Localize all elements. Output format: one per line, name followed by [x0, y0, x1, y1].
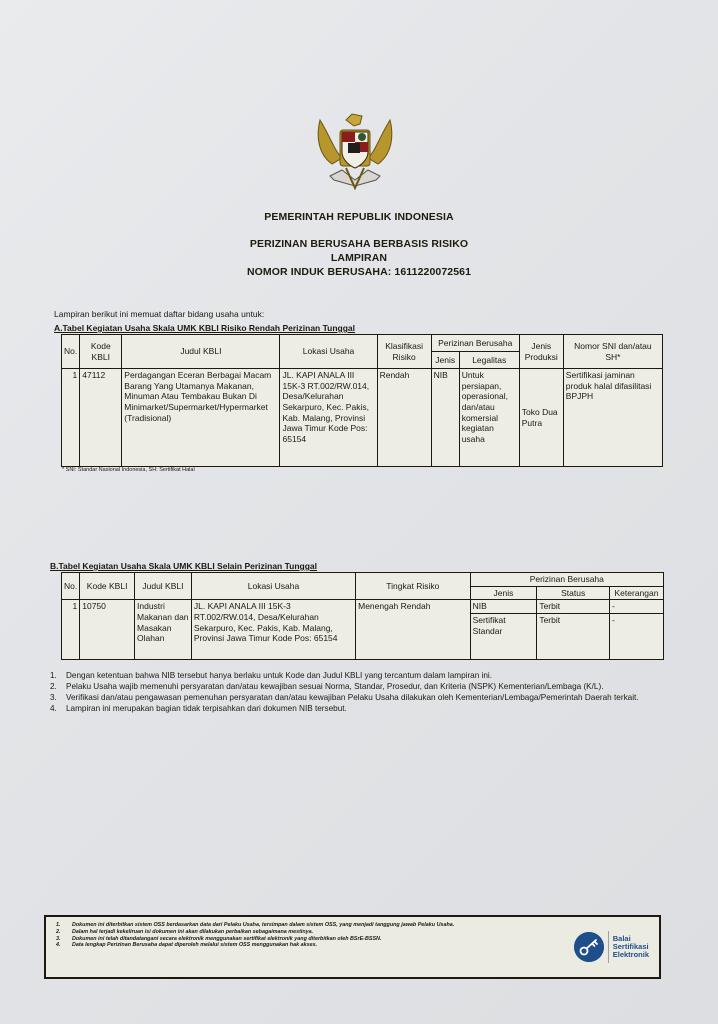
note-number: 2.	[50, 682, 66, 692]
bse-word: Elektronik	[613, 951, 649, 959]
note-item: 4.Lampiran ini merupakan bagian tidak te…	[50, 704, 668, 714]
col-header-judul: Judul KBLI	[135, 573, 192, 600]
garuda-emblem-icon	[312, 106, 398, 196]
cell-no: 1	[62, 369, 80, 467]
footer-text: Dokumen ini diterbitkan sistem OSS berda…	[72, 922, 454, 929]
col-header-risiko: Tingkat Risiko	[356, 573, 470, 600]
col-header-kode: Kode KBLI	[80, 335, 122, 369]
footer-number: 1.	[56, 922, 72, 929]
note-text: Verifikasi dan/atau pengawasan pemenuhan…	[66, 693, 668, 703]
cell-izin-keterangan: -	[609, 600, 663, 614]
footer-text: Dokumen ini telah ditandatangani secara …	[72, 936, 381, 943]
table-b: No. Kode KBLI Judul KBLI Lokasi Usaha Ti…	[61, 572, 664, 660]
cell-izin-jenis: NIB	[470, 600, 537, 614]
col-header-legalitas: Legalitas	[459, 352, 519, 369]
cell-produksi: Toko Dua Putra	[519, 369, 563, 467]
note-item: 2.Pelaku Usaha wajib memenuhi persyarata…	[50, 682, 668, 692]
col-header-lokasi: Lokasi Usaha	[280, 335, 377, 369]
col-header-lokasi: Lokasi Usaha	[191, 573, 355, 600]
table-a: No. Kode KBLI Judul KBLI Lokasi Usaha Kl…	[61, 334, 663, 467]
table-a-footnote: * SNI: Standar Nasional Indonesia, SH: S…	[62, 467, 195, 473]
footer-item: 3.Dokumen ini telah ditandatangani secar…	[56, 936, 551, 943]
divider	[608, 931, 609, 963]
cell-judul: Industri Makanan dan Masakan Olahan	[135, 600, 192, 660]
note-item: 3.Verifikasi dan/atau pengawasan pemenuh…	[50, 693, 668, 703]
bse-key-icon	[574, 932, 604, 962]
footer-list: 1.Dokumen ini diterbitkan sistem OSS ber…	[46, 917, 551, 949]
col-header-klasifikasi: Klasifikasi Risiko	[377, 335, 431, 369]
cell-no: 1	[62, 600, 80, 660]
col-header-produksi: Jenis Produksi	[519, 335, 563, 369]
cell-risiko: Menengah Rendah	[356, 600, 470, 660]
footer-item: 1.Dokumen ini diterbitkan sistem OSS ber…	[56, 922, 551, 929]
note-text: Lampiran ini merupakan bagian tidak terp…	[66, 704, 668, 714]
footer-item: 4.Data lengkap Perizinan Berusaha dapat …	[56, 942, 551, 949]
footer-number: 2.	[56, 929, 72, 936]
table-row: 1 47112 Perdagangan Eceran Berbagai Maca…	[62, 369, 663, 467]
table-b-title: B.Tabel Kegiatan Usaha Skala UMK KBLI Se…	[50, 561, 317, 571]
col-header-perizinan: Perizinan Berusaha	[470, 573, 663, 587]
col-header-perizinan: Perizinan Berusaha	[431, 335, 519, 352]
col-header-keterangan: Keterangan	[609, 586, 663, 600]
col-header-status: Status	[537, 586, 610, 600]
footer-text: Dalam hal terjadi kekeliruan isi dokumen…	[72, 929, 313, 936]
col-header-jenis: Jenis	[470, 586, 537, 600]
cell-izin-status: Terbit	[537, 600, 610, 614]
note-text: Pelaku Usaha wajib memenuhi persyaratan …	[66, 682, 668, 692]
cell-lokasi: JL. KAPI ANALA III 15K-3 RT.002/RW.014, …	[280, 369, 377, 467]
cell-jenis: NIB	[431, 369, 459, 467]
header-permit-type: PERIZINAN BERUSAHA BERBASIS RISIKO	[0, 238, 718, 250]
note-item: 1.Dengan ketentuan bahwa NIB tersebut ha…	[50, 671, 668, 681]
cell-judul: Perdagangan Eceran Berbagai Macam Barang…	[122, 369, 280, 467]
note-number: 1.	[50, 671, 66, 681]
footer-disclaimer-box: 1.Dokumen ini diterbitkan sistem OSS ber…	[44, 915, 661, 979]
header-nib-number: NOMOR INDUK BERUSAHA: 1611220072561	[0, 266, 718, 278]
cell-kode: 10750	[80, 600, 135, 660]
col-header-kode: Kode KBLI	[80, 573, 135, 600]
cell-sni: Sertifikasi jaminan produk halal difasil…	[563, 369, 662, 467]
footer-text: Data lengkap Perizinan Berusaha dapat di…	[72, 942, 317, 949]
bse-logo: Balai Sertifikasi Elektronik	[574, 931, 649, 963]
footer-number: 4.	[56, 942, 72, 949]
cell-izin-keterangan: -	[609, 613, 663, 659]
col-header-judul: Judul KBLI	[122, 335, 280, 369]
col-header-no: No.	[62, 335, 80, 369]
col-header-no: No.	[62, 573, 80, 600]
header-lampiran: LAMPIRAN	[0, 252, 718, 264]
cell-lokasi: JL. KAPI ANALA III 15K-3 RT.002/RW.014, …	[191, 600, 355, 660]
cell-izin-status: Terbit	[537, 613, 610, 659]
table-a-title: A.Tabel Kegiatan Usaha Skala UMK KBLI Ri…	[54, 323, 355, 333]
table-row: 1 10750 Industri Makanan dan Masakan Ola…	[62, 600, 664, 614]
cell-klasifikasi: Rendah	[377, 369, 431, 467]
note-number: 3.	[50, 693, 66, 703]
footer-item: 2.Dalam hal terjadi kekeliruan isi dokum…	[56, 929, 551, 936]
col-header-sni: Nomor SNI dan/atau SH*	[563, 335, 662, 369]
col-header-jenis: Jenis	[431, 352, 459, 369]
note-text: Dengan ketentuan bahwa NIB tersebut hany…	[66, 671, 668, 681]
cell-legalitas: Untuk persiapan, operasional, dan/atau k…	[459, 369, 519, 467]
note-number: 4.	[50, 704, 66, 714]
bse-wordmark: Balai Sertifikasi Elektronik	[613, 935, 649, 959]
document-page: PEMERINTAH REPUBLIK INDONESIA PERIZINAN …	[0, 0, 718, 1024]
cell-kode: 47112	[80, 369, 122, 467]
footer-number: 3.	[56, 936, 72, 943]
notes-list: 1.Dengan ketentuan bahwa NIB tersebut ha…	[50, 671, 668, 714]
header-government: PEMERINTAH REPUBLIK INDONESIA	[0, 211, 718, 223]
cell-izin-jenis: Sertifikat Standar	[470, 613, 537, 659]
intro-text: Lampiran berikut ini memuat daftar bidan…	[54, 309, 264, 319]
